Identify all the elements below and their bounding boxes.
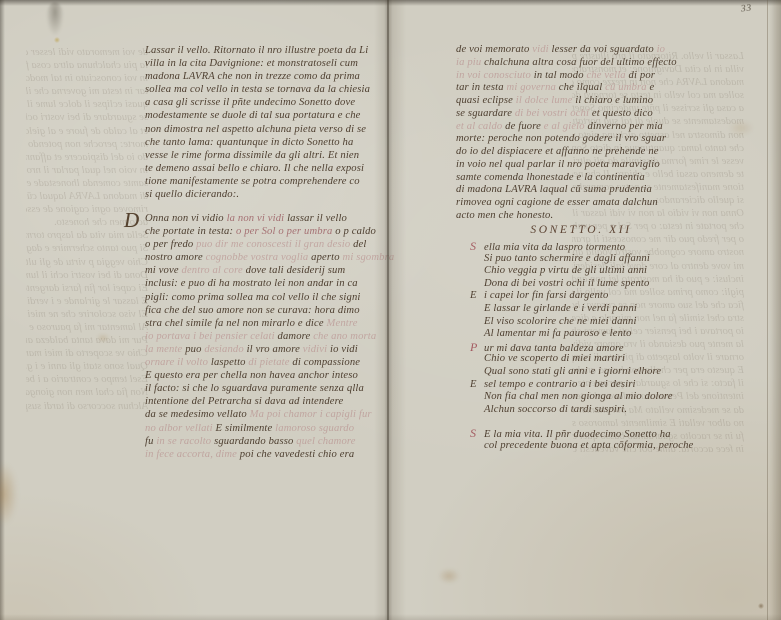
verse-text: Non fia chal men non gionga al mio dolor… [484, 391, 673, 402]
verse-line: Non fia chal men non gionga al mio dolor… [470, 391, 706, 404]
manuscript-line: di madona LAVRA laqual cū suma prudentia [456, 184, 706, 197]
verse-line: E lassar le girlande e i verdi panni [470, 303, 706, 316]
manuscript-spread: de voi memorato vidi lesser da voi sguar… [0, 0, 781, 620]
verse-line: Qual sono stati gli anni e i giorni elho… [470, 366, 706, 379]
manuscript-line: Alchun soccorso di tardi suspiri. [26, 400, 148, 413]
text-segment: mi sgombra [343, 252, 395, 263]
manuscript-line: et al caldo de fuore e al gielo dinverno… [26, 125, 148, 138]
manuscript-line: tione manifestamente se potra comprehend… [145, 175, 393, 188]
manuscript-line: Esel tempo e contrario a i bei desiri [26, 373, 148, 386]
stain-smudge-top [46, 2, 64, 36]
verse-line: Chio ve scoperto di miei martiri [470, 353, 706, 366]
verse-line: col precedente buona et apta cōformia, p… [470, 440, 706, 453]
text-segment: di madona LAVRA laqual cū suma prudentia [26, 191, 148, 202]
manuscript-line: mi vove dentro al core dove tali desider… [145, 264, 393, 277]
text-segment: Esel tempo e contrario a i bei desiri [26, 374, 148, 385]
manuscript-line: il facto: si che lo sguardava puramente … [145, 382, 393, 395]
stain-right-dot [758, 603, 764, 609]
text-segment: il vro amore [244, 344, 303, 355]
text-segment: quel chamore [296, 436, 355, 447]
text-segment: la mente [145, 344, 185, 355]
text-segment: morte: peroche non potendo godere il vro… [26, 139, 148, 150]
text-segment: et al caldo de fuore e al gielo dinverno… [26, 126, 148, 137]
text-segment: samte comenda lhonestade e la continenti… [456, 172, 645, 183]
text-segment: ornare il volto [145, 357, 211, 368]
verse-text: sel tempo e contrario a i bei desiri [484, 379, 636, 390]
verse-text: Alchun soccorso di tardi suspiri. [484, 404, 627, 415]
text-segment: di por [626, 70, 655, 81]
manuscript-line: Si puo tanto schermire e dagli affanni [26, 242, 148, 255]
manuscript-line: non dimostra nel aspetto alchuna pieta v… [145, 123, 393, 136]
verse-line: Si puo tanto schermire e dagli affanni [470, 253, 706, 266]
text-segment: acto men che honesto. [456, 210, 553, 221]
text-segment: se sguardare [456, 108, 515, 119]
text-segment: modestamente se duole di tal sua portatu… [145, 110, 361, 121]
manuscript-line: nostro amore cognobbe vostra voglia aper… [145, 251, 393, 264]
manuscript-line: do io del dispiacere et affanno ne prehe… [26, 151, 148, 164]
manuscript-line: de voi memorato vidi lesser da voi sguar… [26, 46, 148, 59]
manuscript-line: tar in testa mi governa che ilqual cū um… [26, 85, 148, 98]
page-right-edge [767, 0, 781, 620]
text-segment: a casa gli scrisse il pñte undecimo Sone… [145, 97, 355, 108]
verse-initial: E [470, 379, 484, 392]
text-segment: di pietate [248, 357, 289, 368]
text-segment: et al caldo [456, 121, 505, 132]
text-segment: e [647, 82, 655, 93]
text-segment: Qual sono stati gli anni e i giorni elho… [26, 361, 148, 372]
stain-gutter-bottom [438, 568, 460, 584]
text-segment: samte comenda lhonestade e la continenti… [26, 178, 148, 189]
text-segment: Al lamentar mi fa pauroso e lento [26, 322, 148, 333]
text-segment: io [657, 44, 666, 55]
text-segment: rimovea ogni cagione de esser amata dalc… [456, 197, 658, 208]
text-segment: ia piu chalchuna altra cosa fuor del ult… [26, 60, 148, 71]
manuscript-line: inclusi: e puo di ha mostrato lei non an… [145, 277, 393, 290]
manuscript-line: a casa gli scrisse il pñte undecimo Sone… [145, 96, 393, 109]
text-segment: quasi eclipse il dolce lume il chiaro e … [26, 99, 148, 110]
manuscript-line: quasi eclipse il dolce lume il chiaro e … [26, 98, 148, 111]
text-segment: la non vi vidi [227, 213, 285, 224]
manuscript-line: ia piu chalchuna altra cosa fuor del ult… [456, 57, 706, 70]
text-segment: da se medesimo vellato [145, 409, 250, 420]
text-segment: se sguardare di bei vostri ochi et quest… [26, 112, 148, 123]
verse-line: Sella mia vita da laspro tormento [470, 240, 706, 253]
text-segment: E lassar le girlande e i verdi panni [26, 296, 148, 307]
text-segment: E similmente [216, 423, 276, 434]
manuscript-line: sollea ma col vello in testa se tornava … [145, 83, 393, 96]
manuscript-line: et al caldo de fuore e al gielo dinverno… [456, 121, 706, 134]
manuscript-line: di madona LAVRA laqual cū suma prudentia [26, 190, 148, 203]
manuscript-line: la mente puo desiando il vro amore vidiv… [145, 343, 393, 356]
verse-text: E la mia vita. Il pñr duodecimo Sonetto … [484, 429, 671, 440]
text-segment: tione manifestamente se potra comprehend… [145, 176, 360, 187]
verse-line: Pur mi dava tanta baldeza amore [470, 341, 706, 354]
manuscript-line: rimovea ogni cagione de esser amata dalc… [456, 197, 706, 210]
verse-line: Dona di bei vostri ochi il lume spento [470, 278, 706, 291]
manuscript-line: ornare il volto laspetto di pietate di c… [145, 356, 393, 369]
manuscript-line: se sguardare di bei vostri ochi et quest… [456, 108, 706, 121]
text-segment: dinverno per mia [585, 121, 663, 132]
text-segment: del [350, 239, 366, 250]
manuscript-line: do io del dispiacere et affanno ne prehe… [456, 146, 706, 159]
text-segment: lamoroso sguardo [275, 423, 354, 434]
manuscript-line: da se medesimo vellato Ma poi chamor i c… [145, 408, 393, 421]
text-segment: lesser da voi sguardato [549, 44, 657, 55]
text-segment: o per fredo [145, 239, 196, 250]
text-segment: tar in testa [456, 82, 507, 93]
manuscript-line: de voi memorato vidi lesser da voi sguar… [456, 44, 706, 57]
verse-line: Al lamentar mi fa pauroso e lento [470, 328, 706, 341]
verse-line: El viso scolorire che ne miei danni [470, 316, 706, 329]
manuscript-line: tar in testa mi governa che ilqual cū um… [456, 82, 706, 95]
text-segment: et questo dico [589, 108, 653, 119]
text-segment: Dona di bei vostri ochi il lume spento [26, 270, 148, 281]
manuscript-line: no albor vellati E similmente lamoroso s… [145, 422, 393, 435]
text-segment: Chio veggia p virtu de gli ultimi anni [26, 257, 148, 268]
manuscript-line: madona LAVRA che non in trezze como da p… [145, 70, 393, 83]
text-segment: quasi eclipse [456, 95, 516, 106]
right-page-closing-commentary: SE la mia vita. Il pñr duodecimo Sonetto… [470, 427, 706, 452]
verse-line: Esel tempo e contrario a i bei desiri [470, 379, 706, 392]
text-segment: vesse le rime forma dissimile da gli alt… [145, 150, 359, 161]
manuscript-line: El viso scolorire che ne miei danni [26, 308, 148, 321]
initial-letter-D: D [124, 208, 139, 233]
verse-initial: S [470, 427, 484, 440]
bleedthrough-left: de voi memorato vidi lesser da voi sguar… [26, 46, 148, 460]
manuscript-line: in voi conosciuto in tal modo che vella … [26, 72, 148, 85]
text-segment: in voi conosciuto [456, 70, 534, 81]
text-segment: de voi memorato vidi lesser da voi sguar… [26, 47, 148, 58]
text-segment: o p caldo [332, 226, 376, 237]
verse-text: Si puo tanto schermire e dagli affanni [484, 253, 650, 264]
stain-left-corner [0, 462, 18, 526]
verse-initial: E [470, 290, 484, 303]
manuscript-line: pigli: como prima sollea ma col vello il… [145, 291, 393, 304]
text-segment: in voi conosciuto in tal modo che vella … [26, 73, 148, 84]
manuscript-line: Ei capei lor fin farsi dargento [26, 282, 148, 295]
right-page-commentary: de voi memorato vidi lesser da voi sguar… [456, 44, 706, 223]
text-segment: in se racolto [156, 436, 214, 447]
verse-text: col precedente buona et apta cōformia, p… [484, 440, 693, 451]
text-segment: e al gielo [544, 121, 585, 132]
text-segment: tar in testa mi governa che ilqual cū um… [26, 86, 148, 97]
manuscript-line: Al lamentar mi fa pauroso e lento [26, 321, 148, 334]
text-segment: do io del dispiacere et affanno ne prehe… [26, 152, 148, 163]
text-segment: di bei vostri ochi [515, 108, 589, 119]
verse-line: Alchun soccorso di tardi suspiri. [470, 404, 706, 417]
text-segment: in fece accorta, dime [145, 449, 240, 460]
left-page-gloss-paragraph: Onna non vi vidio la non vi vidi lassar … [145, 212, 393, 461]
text-segment: sguardando basso [214, 436, 296, 447]
text-segment: o per Sol o per umbra [236, 226, 332, 237]
text-segment: Mentre [327, 318, 358, 329]
text-segment: morte: peroche non potendo godere il vro… [456, 133, 666, 144]
text-segment: in tal modo [534, 70, 587, 81]
text-segment: dentro al core [182, 265, 243, 276]
manuscript-line: Onna non vi vidio la non vi vidi lassar … [145, 212, 393, 225]
left-page-commentary-paragraph: Lassar il vello. Ritornato il nro illust… [145, 44, 393, 201]
manuscript-line: morte: peroche non potendo godere il vro… [456, 133, 706, 146]
text-segment: io vidi [327, 344, 358, 355]
manuscript-line: in voi conosciuto in tal modo che vella … [456, 70, 706, 83]
folio-number: 33 [741, 3, 753, 14]
verse-text: Qual sono stati gli anni e i giorni elho… [484, 366, 661, 377]
text-segment: che tanto lama: quantunque in dicto Sone… [145, 137, 353, 148]
manuscript-line: in voio nel qual parlar il nro poeta mar… [456, 159, 706, 172]
manuscript-line: Qual sono stati gli anni e i giorni elho… [26, 360, 148, 373]
manuscript-line: ia piu chalchuna altra cosa fuor del ult… [26, 59, 148, 72]
text-segment: ia piu [456, 57, 484, 68]
text-segment: di madona LAVRA laqual cū suma prudentia [456, 184, 652, 195]
text-segment: si quello dicierando:. [145, 189, 239, 200]
text-segment: cognobbe vostra voglia [206, 252, 309, 263]
text-segment: il facto: si che lo sguardava puramente … [145, 383, 364, 394]
text-segment: Lassar il vello. Ritornato il nro illust… [145, 45, 368, 56]
manuscript-line: Dona di bei vostri ochi il lume spento [26, 269, 148, 282]
text-segment: de fuore [505, 121, 544, 132]
text-segment: E questo era per chella non havea anchor… [145, 370, 358, 381]
text-segment: vidi [532, 44, 549, 55]
text-segment: inclusi: e puo di ha mostrato lei non an… [145, 278, 358, 289]
text-segment: Ma poi chamor i capigli fur [250, 409, 372, 420]
text-segment: che portate in testa: [145, 226, 236, 237]
verse-text: Al lamentar mi fa pauroso e lento [484, 328, 632, 339]
text-segment: cū umbra [605, 82, 647, 93]
text-segment: il chiaro e lumino [572, 95, 653, 106]
text-segment: sollea ma col vello in testa se tornava … [145, 84, 370, 95]
text-segment: villa in la cita Davignione: et monstrat… [145, 58, 358, 69]
text-segment: no albor vellati [145, 423, 216, 434]
verse-text: i capei lor fin farsi dargento [484, 290, 608, 301]
manuscript-line: in fece accorta, dime poi che vavedesti … [145, 448, 393, 461]
manuscript-line: o per fredo puo dir me conoscesti il gra… [145, 238, 393, 251]
manuscript-line: vesse le rime forma dissimile da gli alt… [145, 149, 393, 162]
text-segment: che ano morta [313, 331, 376, 342]
manuscript-line: E lassar le girlande e i verdi panni [26, 295, 148, 308]
manuscript-line: morte: peroche non potendo godere il vro… [26, 138, 148, 151]
text-segment: in voio nel qual parlar il nro poeta mar… [26, 165, 148, 176]
text-segment: poi che vavedesti chio era [240, 449, 355, 460]
verse-text: ur mi dava tanta baldeza amore [484, 343, 624, 354]
text-segment: Alchun soccorso di tardi suspiri. [26, 401, 148, 412]
stain-yellow-dot [54, 37, 60, 43]
text-segment: che ilqual [556, 82, 605, 93]
manuscript-line: stra chel simile fa nel non mirarlo e di… [145, 317, 393, 330]
text-segment: pigli: como prima sollea ma col vello il… [145, 292, 361, 303]
text-segment: il dolce lume [516, 95, 573, 106]
manuscript-line: Pur mi dava tanta baldeza amore [26, 334, 148, 347]
text-segment: Chio ve scoperto di miei martiri [26, 348, 148, 359]
text-segment: stra chel simile fa nel non mirarlo e di… [145, 318, 327, 329]
text-segment: Ei capei lor fin farsi dargento [26, 283, 148, 294]
manuscript-line: modestamente se duole di tal sua portatu… [145, 109, 393, 122]
manuscript-line: Chio ve scoperto di miei martiri [26, 347, 148, 360]
text-segment: mi governa [507, 82, 556, 93]
text-segment: io portava i bei pensier celati [145, 331, 275, 342]
text-segment: puo dir me conoscesti il gran desio [196, 239, 350, 250]
manuscript-line: fu in se racolto sguardando basso quel c… [145, 435, 393, 448]
text-segment: puo [185, 344, 204, 355]
verse-line: Ei capei lor fin farsi dargento [470, 290, 706, 303]
text-segment: madona LAVRA che non in trezze como da p… [145, 71, 360, 82]
manuscript-line: Lassar il vello. Ritornato il nro illust… [145, 44, 393, 57]
sonnet-heading: SONETTO. XII [456, 224, 706, 238]
manuscript-line: quasi eclipse il dolce lume il chiaro e … [456, 95, 706, 108]
manuscript-line: che portate in testa: o per Sol o per um… [145, 225, 393, 238]
text-segment: El viso scolorire che ne miei danni [26, 309, 148, 320]
sonnet-text-block: Sella mia vita da laspro tormentoSi puo … [470, 240, 706, 416]
verse-text: E lassar le girlande e i verdi panni [484, 303, 637, 314]
manuscript-line: se sguardare di bei vostri ochi et quest… [26, 111, 148, 124]
text-segment: Onna non vi vidio [145, 213, 227, 224]
text-segment: damore [275, 331, 313, 342]
manuscript-line: si quello dicierando:. [145, 188, 393, 201]
verse-text: Chio ve scoperto di miei martiri [484, 353, 625, 364]
text-segment: Si puo tanto schermire e dagli affanni [26, 243, 148, 254]
manuscript-line: che tanto lama: quantunque in dicto Sone… [145, 136, 393, 149]
text-segment: che vella [586, 70, 625, 81]
verse-text: Dona di bei vostri ochi il lume spento [484, 278, 649, 289]
text-segment: non dimostra nel aspetto alchuna pieta v… [145, 124, 366, 135]
text-segment: di compassione [290, 357, 361, 368]
text-segment: lassar il vello [284, 213, 347, 224]
text-segment: laspetto [211, 357, 249, 368]
manuscript-line: acto men che honesto. [456, 210, 706, 223]
text-segment: vidivi [303, 344, 327, 355]
manuscript-line: te demeno assai bello e chiaro. Il che n… [145, 162, 393, 175]
manuscript-line: samte comenda lhonestade e la continenti… [26, 177, 148, 190]
manuscript-line: fica che del suo amore non se curava: ho… [145, 304, 393, 317]
manuscript-line: intentione del Petrarcha si dava ad inte… [145, 395, 393, 408]
manuscript-line: E questo era per chella non havea anchor… [145, 369, 393, 382]
text-segment: intentione del Petrarcha si dava ad inte… [145, 396, 343, 407]
text-segment: te demeno assai bello e chiaro. Il che n… [145, 163, 364, 174]
text-segment: aperto [308, 252, 342, 263]
text-segment: do io del dispiacere et affanno ne prehe… [456, 146, 659, 157]
text-segment: fu [145, 436, 156, 447]
manuscript-line: Non fia chal men non gionga al mio dolor… [26, 386, 148, 399]
text-segment: Pur mi dava tanta baldeza amore [26, 335, 148, 346]
verse-line: Chio veggia p virtu de gli ultimi anni [470, 265, 706, 278]
verse-line: SE la mia vita. Il pñr duodecimo Sonetto… [470, 427, 706, 440]
text-segment: nostro amore [145, 252, 206, 263]
text-segment: desiando [204, 344, 243, 355]
manuscript-line: samte comenda lhonestade e la continenti… [456, 172, 706, 185]
text-segment: de voi memorato [456, 44, 532, 55]
verse-initial: S [470, 240, 484, 253]
verse-text: Chio veggia p virtu de gli ultimi anni [484, 265, 647, 276]
manuscript-line: villa in la cita Davignione: et monstrat… [145, 57, 393, 70]
manuscript-line: io portava i bei pensier celati damore c… [145, 330, 393, 343]
manuscript-line: in voio nel qual parlar il nro poeta mar… [26, 164, 148, 177]
verse-text: El viso scolorire che ne miei danni [484, 316, 637, 327]
text-segment: fica che del suo amore non se curava: ho… [145, 305, 360, 316]
text-segment: Non fia chal men non gionga al mio dolor… [26, 387, 148, 398]
verse-initial: P [470, 341, 484, 354]
text-segment: in voio nel qual parlar il nro poeta mar… [456, 159, 660, 170]
manuscript-line: Chio veggia p virtu de gli ultimi anni [26, 256, 148, 269]
verse-text: ella mia vita da laspro tormento [484, 242, 625, 253]
text-segment: dove tali desiderij sum [243, 265, 345, 276]
text-segment: mi vove [145, 265, 182, 276]
text-segment: chalchuna altra cosa fuor del ultimo eff… [484, 57, 677, 68]
